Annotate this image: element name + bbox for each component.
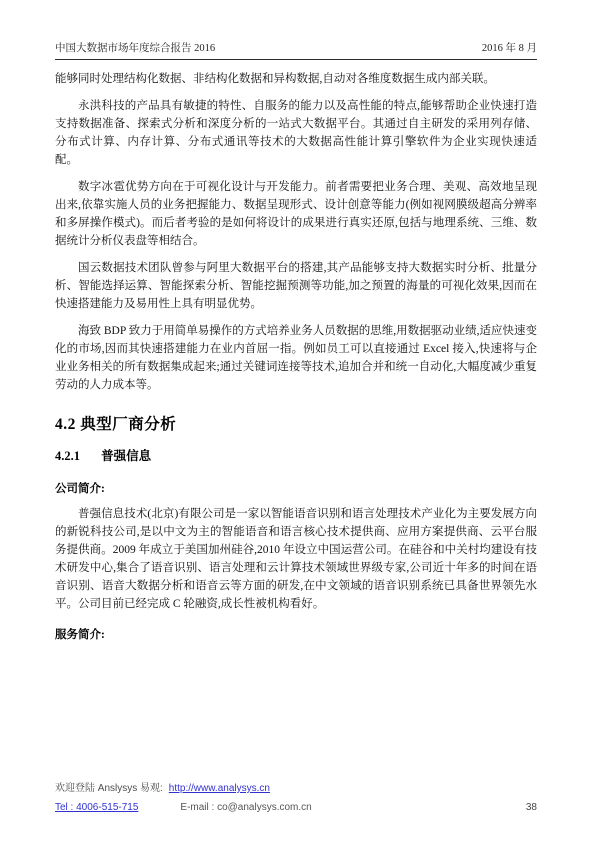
footer-site-link[interactable]: http://www.analysys.cn: [169, 779, 270, 798]
body-paragraph: 数字冰雹优势方向在于可视化设计与开发能力。前者需要把业务合理、美观、高效地呈现出…: [55, 178, 537, 250]
footer-line-2: Tel : 4006-515-715 E-mail : co@analysys.…: [55, 798, 537, 817]
page-number: 38: [526, 798, 537, 817]
footer-tel-link[interactable]: Tel : 4006-515-715: [55, 798, 138, 817]
document-page: 中国大数据市场年度综合报告 2016 2016 年 8 月 能够同时处理结构化数…: [0, 0, 600, 848]
section-heading: 4.2 典型厂商分析: [55, 412, 537, 434]
report-title: 中国大数据市场年度综合报告 2016: [55, 40, 215, 55]
footer-welcome-text: 欢迎登陆 Anslysys 易观:: [55, 779, 163, 798]
company-profile-text: 普强信息技术(北京)有限公司是一家以智能语音识别和语言处理技术产业化为主要发展方…: [55, 505, 537, 613]
report-date: 2016 年 8 月: [482, 40, 537, 55]
body-paragraph: 能够同时处理结构化数据、非结构化数据和异构数据,自动对各维度数据生成内部关联。: [55, 70, 537, 88]
company-profile-label: 公司简介:: [55, 480, 537, 496]
footer-email-text: E-mail : co@analysys.com.cn: [180, 798, 311, 817]
body-paragraph: 永洪科技的产品具有敏捷的特性、自服务的能力以及高性能的特点,能够帮助企业快速打造…: [55, 97, 537, 169]
subsection-heading: 4.2.1 普强信息: [55, 446, 537, 464]
subsection-number: 4.2.1: [55, 449, 80, 463]
page-header: 中国大数据市场年度综合报告 2016 2016 年 8 月: [55, 40, 537, 60]
page-footer: 欢迎登陆 Anslysys 易观: http://www.analysys.cn…: [55, 779, 537, 817]
footer-line-1: 欢迎登陆 Anslysys 易观: http://www.analysys.cn: [55, 779, 537, 798]
body-text-block: 能够同时处理结构化数据、非结构化数据和异构数据,自动对各维度数据生成内部关联。 …: [55, 70, 537, 394]
service-profile-label: 服务简介:: [55, 626, 537, 642]
body-paragraph: 国云数据技术团队曾参与阿里大数据平台的搭建,其产品能够支持大数据实时分析、批量分…: [55, 259, 537, 313]
subsection-title: 普强信息: [101, 449, 151, 463]
body-paragraph: 海致 BDP 致力于用简单易操作的方式培养业务人员数据的思维,用数据驱动业绩,适…: [55, 322, 537, 394]
